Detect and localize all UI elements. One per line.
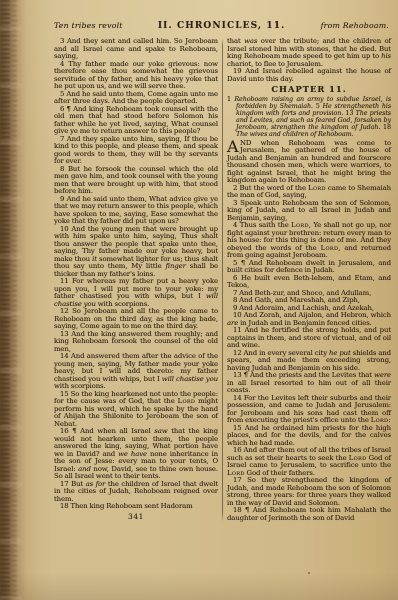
book-gutter-page-edges	[0, 0, 28, 600]
verse: 14 And answered them after the advice of…	[54, 353, 218, 391]
chapter-summary: 1 Rehoboam raising an army to subdue Isr…	[227, 96, 391, 138]
verse: 6 ¶ And king Rehoboam took counsel with …	[54, 106, 218, 136]
left-column-verses: 3 And they sent and called him. So Jerob…	[54, 38, 218, 511]
right-column-verses: 2 But the word of the Lord came to Shema…	[227, 185, 391, 523]
verse: 3 Speak unto Rehoboam the son of Solomon…	[227, 200, 391, 223]
verse-1-dropcap: AND when Rehoboam was come to Jerusalem,…	[227, 140, 391, 185]
verse: 11 And he fortified the strong holds, an…	[227, 327, 391, 350]
verse: 10 And Zorah, and Aijalon, and Hebron, w…	[227, 312, 391, 327]
running-head-right: from Rehoboam.	[321, 21, 389, 30]
chapter-heading: CHAPTER 11.	[227, 86, 391, 94]
running-head-left: Ten tribes revolt	[54, 21, 123, 30]
paper-speck	[308, 572, 310, 574]
book-photo: Ten tribes revolt II. CHRONICLES, 11. fr…	[0, 0, 398, 600]
verse: 9 And he said unto them, What advice giv…	[54, 196, 218, 226]
verse: 16 ¶ And when all Israel saw that the ki…	[54, 428, 218, 481]
verse: 4 Thy father made our yoke grievous: now…	[54, 61, 218, 91]
running-head: Ten tribes revolt II. CHRONICLES, 11. fr…	[54, 21, 389, 31]
verse: 15 And he ordained him priests for the h…	[227, 425, 391, 448]
verse: 8 But he forsook the counsel which the o…	[54, 166, 218, 196]
verse: 12 And in every several city he put shie…	[227, 350, 391, 373]
verse: 2 But the word of the Lord came to Shema…	[227, 185, 391, 200]
page-number: 341	[54, 513, 218, 521]
verse: 5 And he said unto them, Come again unto…	[54, 91, 218, 106]
verse: 10 And the young men that were brought u…	[54, 226, 218, 279]
drop-cap-letter: A	[227, 140, 240, 154]
verse: 16 And after them out of all the tribes …	[227, 447, 391, 477]
running-head-title: II. CHRONICLES, 11.	[158, 21, 285, 31]
verse: 5 ¶ And Rehoboam dwelt in Jerusalem, and…	[227, 260, 391, 275]
verse: 14 For the Levites left their suburbs an…	[227, 395, 391, 425]
verse-continuation: that was over the tribute; and the child…	[227, 38, 391, 68]
column-divider-rule	[222, 39, 223, 522]
verse: 17 So they strengthened the kingdom of J…	[227, 477, 391, 507]
verse: 6 He built even Beth-lehem, and Etam, an…	[227, 275, 391, 290]
page-edge-texture	[0, 0, 22, 600]
verse: 12 So Jeroboam and all the people came t…	[54, 308, 218, 331]
verse: 17 But as for the children of Israel tha…	[54, 481, 218, 504]
verse: 13 And the king answered them roughly; a…	[54, 331, 218, 354]
text-columns: 3 And they sent and called him. So Jerob…	[54, 38, 389, 522]
verse: 15 So the king hearkened not unto the pe…	[54, 391, 218, 429]
verse: 11 For whereas my father put a heavy yok…	[54, 278, 218, 308]
verse: 4 Thus saith the Lord, Ye shall not go u…	[227, 222, 391, 260]
verse-1-text: ND when Rehoboam was come to Jerusalem, …	[227, 139, 391, 185]
verse: 19 And Israel rebelled against the house…	[227, 68, 391, 83]
verse: 7 And they spake unto him, saying, If th…	[54, 136, 218, 166]
verse: 3 And they sent and called him. So Jerob…	[54, 38, 218, 61]
verse: 18 ¶ And Rehoboam took him Mahalath the …	[227, 507, 391, 522]
right-column: that was over the tribute; and the child…	[227, 38, 391, 522]
verse: 18 Then king Rehoboam sent Hadoram	[54, 503, 218, 511]
verse: 13 ¶ And the priests and the Levites tha…	[227, 372, 391, 395]
left-column: 3 And they sent and called him. So Jerob…	[54, 38, 218, 522]
page-content: Ten tribes revolt II. CHRONICLES, 11. fr…	[54, 21, 389, 522]
